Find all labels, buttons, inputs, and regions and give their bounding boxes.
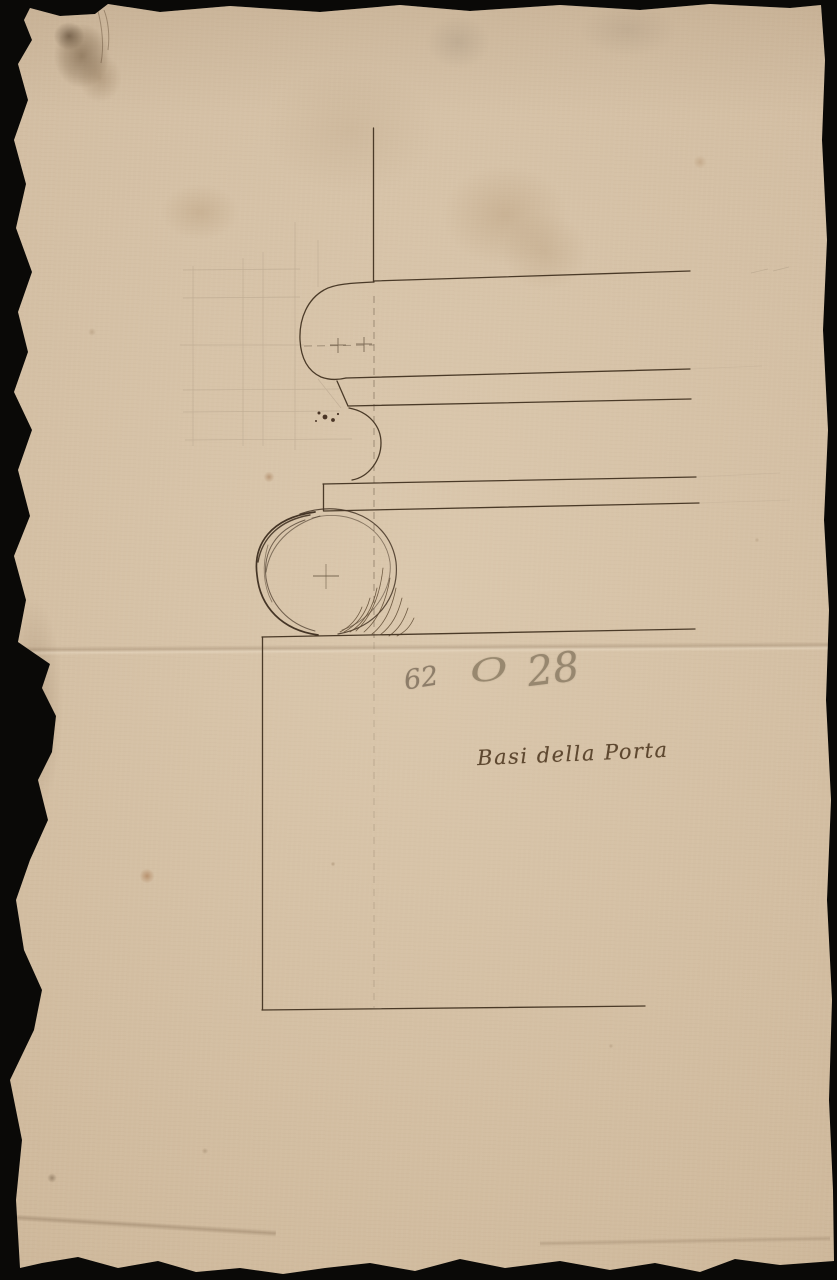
scotia-curve (349, 408, 381, 480)
fillet-line-2 (346, 369, 690, 378)
pencil-annotation-right: 28 (524, 642, 582, 696)
faint-line-extensions (690, 366, 790, 503)
scanned-drawing-page: 62 O 28 Basi della Porta (0, 0, 837, 1280)
chamfer-line (337, 381, 348, 406)
pencil-annotation-oval: O (468, 650, 510, 690)
construction-grid (180, 222, 789, 450)
ink-spatter (315, 412, 339, 423)
fillet-line-5 (324, 503, 699, 511)
pencil-annotation-left: 62 (402, 661, 441, 697)
architectural-drawing (0, 0, 837, 1280)
upper-profile (300, 128, 699, 511)
fillet-line-3 (348, 399, 691, 406)
plinth-bottom-line (262, 1006, 645, 1010)
upper-torus-curve (300, 282, 374, 379)
paper-sheet: 62 O 28 Basi della Porta (0, 0, 837, 1280)
tear-mark (97, 7, 109, 63)
center-cross-marks (313, 337, 372, 589)
fillet-line-4 (323, 477, 696, 484)
fillet-line-1 (374, 271, 690, 281)
dashed-axis-lines (304, 296, 374, 1008)
plinth-top-line (262, 629, 695, 637)
